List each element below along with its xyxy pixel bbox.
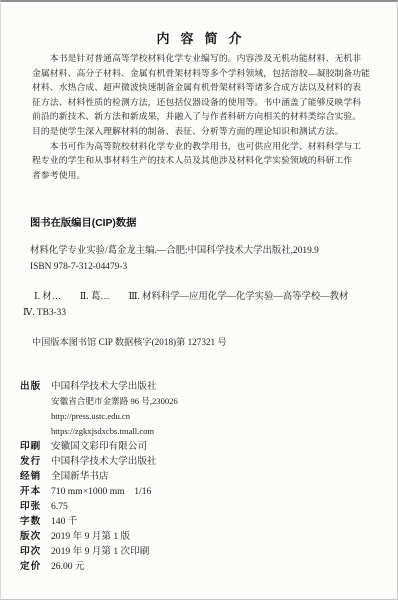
- colophon-row-content: 6.75: [51, 499, 68, 514]
- cip-classification-line-2: Ⅳ. TB3-33: [23, 306, 377, 322]
- cip-classification-line-1: Ⅰ. 材… Ⅱ. 葛… Ⅲ. 材料科学—应用化学—化学实验—高等学校—教材: [34, 290, 377, 306]
- cip-block: 图书在版编目(CIP)数据 材料化学专业实验/葛金龙主编.—合肥:中国科学技术大…: [30, 218, 377, 349]
- colophon-row-label: 发行: [20, 454, 51, 469]
- colophon-row-label: 出版: [20, 379, 51, 394]
- cip-registry-number-line: 中国版本图书馆 CIP 数据核字(2018)第 127321 号: [32, 335, 377, 349]
- content-summary-line: 前沿的新技术、新方法和新成果，并融入了与作者科研方向相关的材料类综合实验。: [32, 109, 372, 124]
- colophon-row-content: 中国科学技术大学出版社 安徽省合肥市金寨路 96 号,230026http://…: [51, 379, 178, 439]
- content-summary-line: 本书是针对普通高等学校材料化学专业编写的。内容涉及无机功能材料、无机非: [32, 51, 372, 66]
- colophon-row: 开本 710 mm×1000 mm 1/16: [20, 484, 385, 499]
- colophon-row-value: 安徽国文彩印有限公司: [51, 439, 147, 454]
- colophon-row-value: 710 mm×1000 mm 1/16: [51, 484, 151, 499]
- colophon-row: 发行 中国科学技术大学出版社: [20, 454, 385, 469]
- colophon-row-content: 全国新华书店: [51, 469, 109, 484]
- colophon-row-value: 6.75: [51, 499, 68, 514]
- colophon-row-label: 定价: [20, 559, 51, 574]
- colophon-row-content: 安徽国文彩印有限公司: [51, 439, 147, 454]
- colophon-row-content: 140 千: [51, 514, 77, 529]
- content-summary-line: 本书可作为高等院校材料化学专业的教学用书，也可供应用化学、材料科学与工: [32, 139, 372, 154]
- colophon-row: 定价 26.00 元: [20, 559, 385, 574]
- colophon-row: 出版 中国科学技术大学出版社 安徽省合肥市金寨路 96 号,230026http…: [20, 379, 385, 439]
- colophon-subline: http://press.ustc.edu.cn: [51, 409, 178, 424]
- colophon-subline: 安徽省合肥市金寨路 96 号,230026: [51, 394, 178, 409]
- content-summary-line: 材料、水热合成、超声微波快速制备金属有机骨架材料等诸多合成方法以及材料的表: [32, 80, 372, 95]
- colophon-row-value: 140 千: [51, 514, 77, 529]
- colophon-row: 印次 2019 年 9 月第 1 次印刷: [20, 544, 385, 559]
- content-summary-line: 者参考使用。: [32, 168, 372, 183]
- colophon-row-label: 经销: [20, 469, 51, 484]
- colophon-row-content: 中国科学技术大学出版社: [51, 454, 157, 469]
- colophon-row-content: 2019 年 9 月第 1 版: [51, 529, 130, 544]
- colophon-row: 字数 140 千: [20, 514, 385, 529]
- cip-heading: 图书在版编目(CIP)数据: [30, 218, 377, 230]
- colophon-row: 经销 全国新华书店: [20, 469, 385, 484]
- cip-record-line: 材料化学专业实验/葛金龙主编.—合肥:中国科学技术大学出版社,2019.9: [30, 243, 377, 259]
- colophon-row-content: 26.00 元: [51, 559, 85, 574]
- content-summary-text: 本书是针对普通高等学校材料化学专业编写的。内容涉及无机功能材料、无机非 金属材料…: [32, 51, 372, 182]
- colophon-row: 印刷 安徽国文彩印有限公司: [20, 439, 385, 454]
- colophon-row-value: 26.00 元: [51, 559, 85, 574]
- colophon: 出版 中国科学技术大学出版社 安徽省合肥市金寨路 96 号,230026http…: [20, 379, 385, 574]
- colophon-row-label: 印刷: [20, 439, 51, 454]
- content-summary-line: 程专业的学生和从事材料生产的技术人员及其他涉及材料化学实验领域的科研工作: [32, 153, 372, 168]
- colophon-row-label: 字数: [20, 514, 51, 529]
- colophon-row-label: 印张: [20, 499, 51, 514]
- content-summary-line: 金属材料、高分子材料、金属有机骨架材料等多个学科领域，包括溶胶—凝胶制备功能: [32, 66, 372, 81]
- colophon-row-value: 全国新华书店: [51, 469, 109, 484]
- colophon-row-sublines: 安徽省合肥市金寨路 96 号,230026http://press.ustc.e…: [51, 394, 178, 439]
- colophon-row-value: 中国科学技术大学出版社: [51, 379, 178, 394]
- colophon-row-value: 2019 年 9 月第 1 次印刷: [51, 544, 149, 559]
- colophon-subline: https://zgkxjsdxcbs.tmall.com: [51, 424, 178, 439]
- colophon-row-label: 印次: [20, 544, 51, 559]
- colophon-row-label: 版次: [20, 529, 51, 544]
- colophon-row-value: 2019 年 9 月第 1 版: [51, 529, 130, 544]
- cip-isbn-line: ISBN 978-7-312-04479-3: [30, 259, 377, 275]
- colophon-row-content: 710 mm×1000 mm 1/16: [51, 484, 151, 499]
- content-summary-line: 征方法、材料性质的检测方法，还包括仪器设备的使用等。书中涵盖了能够反映学科: [32, 95, 372, 110]
- content-summary-line: 目的是使学生深入理解材料的制备、表征、分析等方面的理论知识和测试方法。: [32, 124, 372, 139]
- colophon-row: 印张 6.75: [20, 499, 385, 514]
- colophon-row: 版次 2019 年 9 月第 1 版: [20, 529, 385, 544]
- content-summary-title: 内容简介: [1, 28, 397, 47]
- book-copyright-page: 内容简介 本书是针对普通高等学校材料化学专业编写的。内容涉及无机功能材料、无机非…: [0, 0, 398, 600]
- colophon-row-label: 开本: [20, 484, 51, 499]
- colophon-row-content: 2019 年 9 月第 1 次印刷: [51, 544, 149, 559]
- colophon-row-value: 中国科学技术大学出版社: [51, 454, 157, 469]
